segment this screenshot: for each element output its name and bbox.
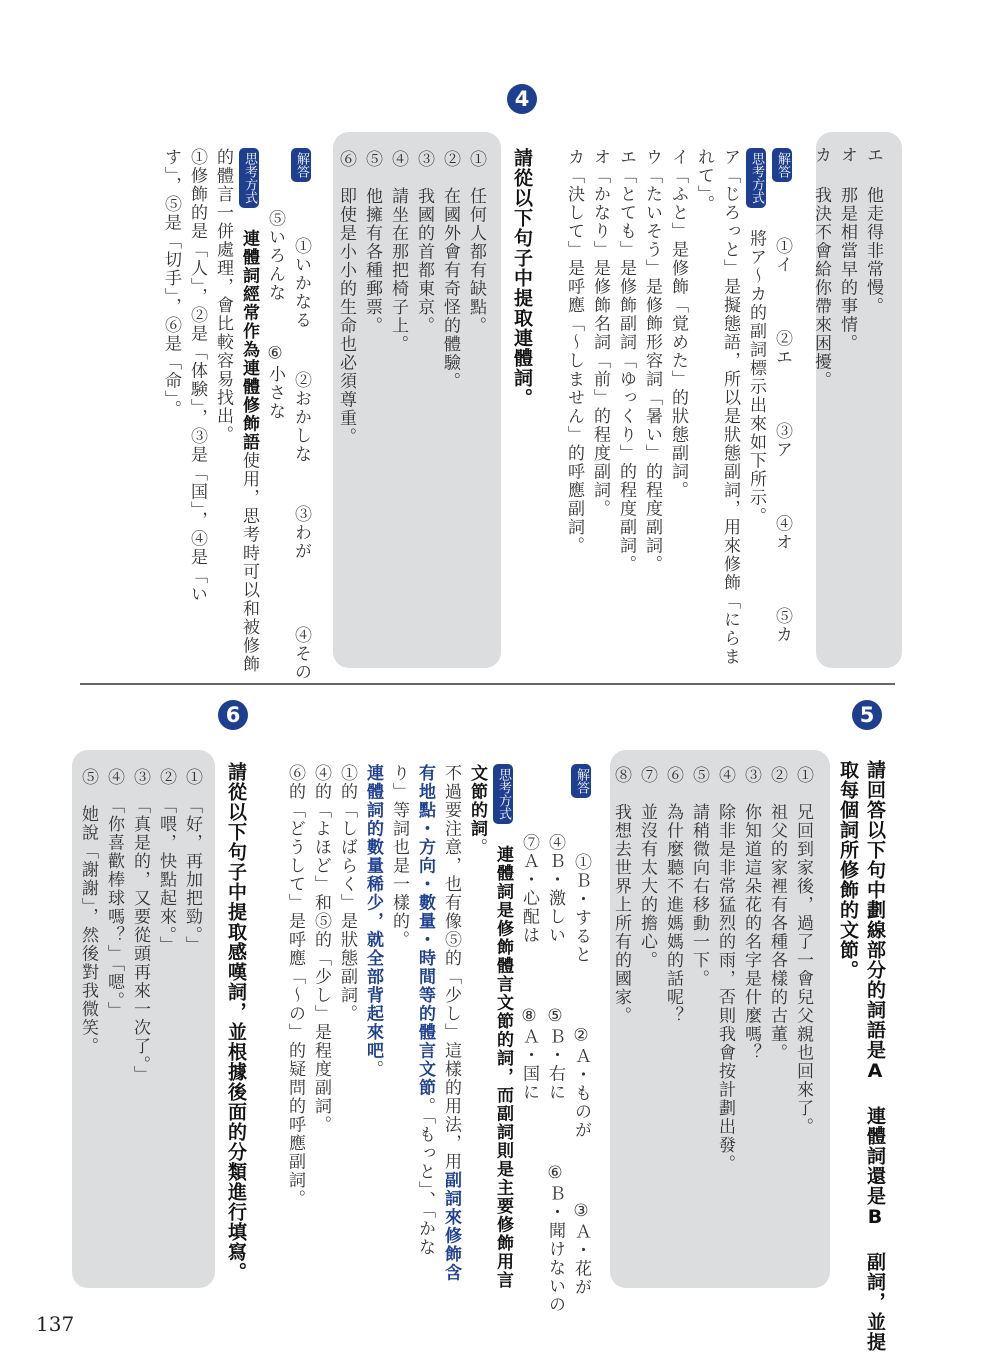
q5-question-box: ① 兄回到家後，過了一會兒父親也回來了。 ② 祖父的家裡有各種各樣的古董。 ③ … bbox=[610, 750, 830, 1288]
thinking-text: 不過要注意，也有像⑤的「少し」這樣的用法，用 bbox=[441, 764, 461, 1171]
q6-item: ① 「好，再加把勁。」 bbox=[179, 768, 205, 1268]
q5-item: ⑤ 請稍微向右移動一下。 bbox=[686, 766, 712, 1266]
answer-item: ⑥小さな bbox=[265, 344, 285, 421]
q4-item: ② 在國外會有奇怪的體驗。 bbox=[437, 150, 463, 650]
punctuation: 。 bbox=[363, 1060, 383, 1079]
answer-item: ①いかなる bbox=[291, 237, 311, 330]
thinking-line: 的體言一併處理，會比較容易找出。 bbox=[210, 148, 236, 678]
answer-item: ⑤いろんな bbox=[265, 210, 285, 303]
answer-row: ④Ｂ・激しい ⑤Ｂ・右に ⑥Ｂ・聞けないの bbox=[542, 764, 568, 1294]
thinking-line: 有地點・方向・數量・時間等的體言文節。「もっと」、「かな bbox=[412, 764, 438, 1294]
q4-question-box: ① 任何人都有缺點。 ② 在國外會有奇怪的體驗。 ③ 我國的首都東京。 ④ 請坐… bbox=[333, 132, 501, 668]
thinking-bold-text: 文節的詞 bbox=[467, 764, 487, 838]
q4-title: 請從以下句子中提取連體詞。 bbox=[508, 148, 535, 408]
thinking-line: カ「決して」是呼應「～しません」的呼應副詞。 bbox=[561, 148, 587, 668]
thinking-line: イ「ふと」是修飾「覚めた」的狀態副詞。 bbox=[665, 148, 691, 668]
thinking-text: 。「もっと」、「かな bbox=[415, 1097, 435, 1257]
carryover-answer: 解答 ①イ ②エ ③ア ④オ ⑤カ 思考方式 將ア～カ的副詞標示出來如下所示。 … bbox=[561, 148, 795, 668]
question-number-text: 6 bbox=[226, 703, 241, 727]
answer-item: ③ア bbox=[772, 422, 792, 459]
answer-row: 解答 ①イ ②エ ③ア ④オ ⑤カ bbox=[769, 148, 795, 668]
thinking-line: 文節的詞。 bbox=[464, 764, 490, 1294]
answer-item: ⑤Ｂ・右に bbox=[545, 1006, 565, 1102]
question-number-text: 5 bbox=[860, 703, 875, 727]
answer-item: ①Ｂ・すると bbox=[571, 853, 591, 964]
thinking-text: 將ア～カ的副詞標示出來如下所示。 bbox=[746, 230, 766, 526]
answer-item: ③わが bbox=[291, 505, 311, 561]
section-divider bbox=[80, 683, 895, 685]
q6-item: ② 「喂，快點起來。」 bbox=[153, 768, 179, 1268]
punctuation: 。 bbox=[467, 838, 487, 857]
answer-item: ④オ bbox=[772, 515, 792, 552]
q5-title-line: 請回答以下句中劃線部分的詞語是A 連體詞還是B 副詞，並提 bbox=[861, 760, 888, 1352]
answer-item: ⑧Ａ・国に bbox=[519, 1006, 539, 1102]
highlight-text: 有地點・方向・數量・時間等的體言文節 bbox=[415, 764, 435, 1097]
q5-item: ① 兄回到家後，過了一會兒父親也回來了。 bbox=[790, 766, 816, 1266]
thinking-line: ①修飾的是「人」，②是「体験」，③是「国」，④是「い bbox=[184, 148, 210, 678]
thinking-line: オ「かなり」是修飾名詞「前」的程度副詞。 bbox=[587, 148, 613, 668]
highlight-text: 副詞來修飾含 bbox=[441, 1171, 461, 1282]
q4-item: ③ 我國的首都東京。 bbox=[411, 150, 437, 650]
thinking-line: ウ「たいそう」是修飾形容詞「暑い」的程度副詞。 bbox=[639, 148, 665, 668]
question-number-4: 4 bbox=[507, 84, 537, 114]
thinking-line: 連體詞的數量稀少，就全部背起來吧。 bbox=[360, 764, 386, 1294]
q6-title: 請從以下句子中提取感嘆詞，並根據後面的分類進行填寫。 bbox=[222, 762, 249, 1282]
answer-item: ②Ａ・ものが bbox=[571, 1026, 591, 1140]
thinking-badge: 思考方式 bbox=[493, 764, 513, 824]
q4-item: ⑥ 即使是小小的生命也必須尊重。 bbox=[333, 150, 359, 650]
answer-row: 解答 ①いかなる ②おかしな ③わが ④その bbox=[288, 148, 314, 678]
q4-answer: 解答 ①いかなる ②おかしな ③わが ④その ⑤いろんな ⑥小さな 思考方式 連… bbox=[158, 148, 314, 678]
answer-item: ⑥Ｂ・聞けないの bbox=[545, 1163, 565, 1314]
answer-item: ②エ bbox=[772, 330, 792, 367]
q5-item: ② 祖父的家裡有各種各樣的古董。 bbox=[764, 766, 790, 1266]
answer-item: ④Ｂ・激しい bbox=[545, 834, 565, 945]
thinking-badge: 思考方式 bbox=[746, 148, 766, 208]
thinking-bold-text: 連體詞是修飾體言文節的詞，而副詞則是主要修飾用言 bbox=[493, 846, 513, 1290]
answer-badge: 解答 bbox=[571, 764, 591, 798]
thinking-badge: 思考方式 bbox=[239, 148, 259, 208]
answer-row: ⑦Ａ・心配は ⑧Ａ・国に bbox=[516, 764, 542, 1294]
answer-row: 解答 ①Ｂ・すると ②Ａ・ものが ③Ａ・花が bbox=[568, 764, 594, 1294]
thinking-line: エ「とても」是修飾副詞「ゆっくり」的程度副詞。 bbox=[613, 148, 639, 668]
q5-item: ⑥ 為什麼聽不進媽媽的話呢？ bbox=[660, 766, 686, 1266]
q6-question-box: ① 「好，再加把勁。」 ② 「喂，快點起來。」 ③ 「真是的，又要從頭再來一次了… bbox=[72, 750, 215, 1288]
thinking-row: 思考方式 連體詞經常作為連體修飾語使用，思考時可以和被修飾 bbox=[236, 148, 262, 678]
answer-item: ①イ bbox=[772, 237, 792, 274]
thinking-bold-text: 連體詞經常作為連體修飾語 bbox=[239, 230, 259, 452]
answer-item: ③Ａ・花が bbox=[571, 1201, 591, 1297]
thinking-line: 不過要注意，也有像⑤的「少し」這樣的用法，用副詞來修飾含 bbox=[438, 764, 464, 1294]
q5-item: ③ 你知道這朵花的名字是什麼嗎？ bbox=[738, 766, 764, 1266]
question-number-5: 5 bbox=[852, 700, 882, 730]
q5-answer: 解答 ①Ｂ・すると ②Ａ・ものが ③Ａ・花が ④Ｂ・激しい ⑤Ｂ・右に ⑥Ｂ・聞… bbox=[282, 764, 594, 1294]
thinking-line: ①的「しばらく」是狀態副詞。 bbox=[334, 764, 360, 1294]
carryover-line: カ 我決不會給你帶來困擾。 bbox=[808, 146, 834, 656]
thinking-row: 思考方式 連體詞是修飾體言文節的詞，而副詞則是主要修飾用言 bbox=[490, 764, 516, 1294]
thinking-line: り」等詞也是一樣的。 bbox=[386, 764, 412, 1294]
question-number-6: 6 bbox=[218, 700, 248, 730]
q6-item: ③ 「真是的，又要從頭再來一次了。」 bbox=[127, 768, 153, 1268]
thinking-line: ア「じろっと」是擬態語，所以是狀態副詞，用來修飾「にらま bbox=[717, 148, 743, 668]
carryover-question-box: エ 他走得非常慢。 オ 那是相當早的事情。 カ 我決不會給你帶來困擾。 bbox=[816, 132, 902, 668]
carryover-line: エ 他走得非常慢。 bbox=[860, 146, 886, 656]
page-number: 137 bbox=[36, 1312, 74, 1336]
q6-item: ④ 「你喜歡棒球嗎？」「嗯。」 bbox=[101, 768, 127, 1268]
answer-item: ⑦Ａ・心配は bbox=[519, 834, 539, 945]
q5-item: ④ 除非是非常猛烈的雨，否則我會按計劃出發。 bbox=[712, 766, 738, 1266]
question-number-text: 4 bbox=[515, 87, 530, 111]
carryover-line: オ 那是相當早的事情。 bbox=[834, 146, 860, 656]
answer-badge: 解答 bbox=[772, 148, 792, 182]
answer-item: ⑤カ bbox=[772, 607, 792, 644]
q6-item: ⑤ 她說「謝謝」，然後對我微笑。 bbox=[75, 768, 101, 1268]
answer-row: ⑤いろんな ⑥小さな bbox=[262, 148, 288, 678]
thinking-line: ④的「よほど」和⑤的「少し」是程度副詞。 bbox=[308, 764, 334, 1294]
thinking-line: す」，⑤是「切手」，⑥是「命」。 bbox=[158, 148, 184, 678]
thinking-line: れて」。 bbox=[691, 148, 717, 668]
answer-item: ④その bbox=[291, 626, 311, 682]
thinking-text: 使用，思考時可以和被修飾 bbox=[239, 452, 259, 674]
q5-item: ⑧ 我想去世界上所有的國家。 bbox=[608, 766, 634, 1266]
q4-item: ① 任何人都有缺點。 bbox=[463, 150, 489, 650]
highlight-text: 連體詞的數量稀少，就全部背起來吧 bbox=[363, 764, 383, 1060]
thinking-line: ⑥的「どうして」是呼應「～の」的疑問的呼應副詞。 bbox=[282, 764, 308, 1294]
q5-title-line: 取每個詞所修飾的文節。 bbox=[834, 760, 861, 1352]
q4-item: ⑤ 他擁有各種郵票。 bbox=[359, 150, 385, 650]
q5-item: ⑦ 並沒有太大的擔心。 bbox=[634, 766, 660, 1266]
answer-item: ②おかしな bbox=[291, 371, 311, 464]
q5-title: 請回答以下句中劃線部分的詞語是A 連體詞還是B 副詞，並提 取每個詞所修飾的文節… bbox=[834, 760, 888, 1352]
answer-badge: 解答 bbox=[291, 148, 311, 182]
q4-item: ④ 請坐在那把椅子上。 bbox=[385, 150, 411, 650]
thinking-row: 思考方式 將ア～カ的副詞標示出來如下所示。 bbox=[743, 148, 769, 668]
